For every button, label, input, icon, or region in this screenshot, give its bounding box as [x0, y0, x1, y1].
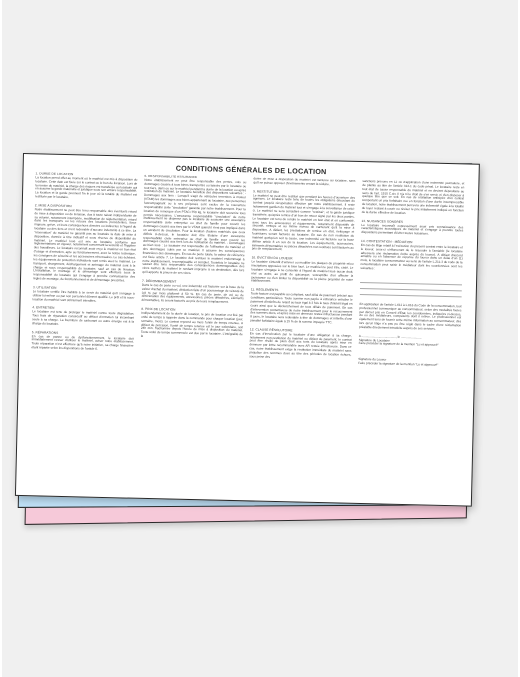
section-body: En cas d'inexécution par le locataire d'…	[249, 332, 352, 361]
section-reglements: 11. Règlements Toute facture est payable…	[250, 289, 353, 326]
mediator-blank-lines[interactable]	[360, 277, 462, 297]
section-body: Le locataire certifie être habilité à se…	[33, 290, 135, 304]
section-body: Le locataire s'interdit d'enlever ou mod…	[251, 261, 354, 286]
section-prix: 8. Prix de location Indépendamment de la…	[141, 308, 244, 341]
section-body: Notre établissement ne peut être respons…	[142, 179, 246, 277]
section-eviction: 10. Éviction du loueur Le locataire s'in…	[251, 257, 354, 286]
photo-background: CONDITIONS GÉNÉRALES DE LOCATION 1. Duré…	[2, 0, 518, 677]
column-4: sanctions prévues en 12 ou d'application…	[355, 180, 464, 499]
section-prix-continued: durée de mise à disposition du matériel …	[253, 177, 355, 187]
consumer-notice-text: En application de l'article L.611 à L.61…	[359, 303, 462, 332]
section-body: Notre établissement ne peut être tenu re…	[33, 208, 137, 283]
section-body: sanctions prévues en 12 ou d'application…	[362, 180, 465, 217]
section-nuisances: 13. Nuisances sonores Le locataire recon…	[361, 220, 463, 238]
section-mise-a-disposition: 2. Mise à disposition Notre établissemen…	[33, 204, 137, 283]
section-body: Le matériel ne peut être restitué que pe…	[252, 194, 355, 254]
column-2: 6. Responsabilité assurance Notre établi…	[137, 175, 246, 494]
section-contestation: 14. Contestation - Médiation En cas de l…	[360, 240, 463, 273]
section-body: La location prend effet au moment où le …	[35, 176, 138, 201]
section-responsabilite: 6. Responsabilité assurance Notre établi…	[142, 175, 246, 277]
blank-line	[360, 289, 462, 297]
section-body: En cas de panne ou de dysfonctionnement,…	[31, 335, 133, 353]
signature-block-tenant: A ......................................…	[359, 335, 461, 349]
consumer-notice: En application de l'article L.611 à L.61…	[359, 303, 462, 332]
section-entretien: 4. Entretien Le locataire est tenu de pr…	[32, 307, 134, 329]
form-sheet-top: CONDITIONS GÉNÉRALES DE LOCATION 1. Duré…	[15, 153, 480, 507]
section-body: Toute facture est payable au comptant, s…	[250, 293, 353, 326]
section-utilisation: 3. Utilisation Le locataire certifie êtr…	[33, 286, 135, 304]
section-body: En cas de litige relatif à l'exécution d…	[360, 244, 463, 273]
section-dedommagement: 7. Dédommagement Dans le cas de perte ou…	[141, 280, 244, 306]
section-body: Dans le cas de perte ou vol, une indemni…	[141, 284, 243, 306]
section-body: durée de mise à disposition du matériel …	[253, 177, 355, 187]
terms-columns: 1. Durée de location La location prend e…	[28, 172, 464, 499]
section-clause-continued: sanctions prévues en 12 ou d'application…	[362, 180, 465, 217]
column-1: 1. Durée de location La location prend e…	[28, 172, 137, 491]
section-body: Le locataire est tenu de protéger le mat…	[32, 311, 134, 329]
column-3: durée de mise à disposition du matériel …	[246, 177, 355, 496]
section-body: Indépendamment de la durée de location, …	[141, 312, 244, 341]
signature-block-lessor: Signature du Loueur Faire précéder la si…	[358, 358, 460, 368]
section-body: Le locataire reconnaît expressément avoi…	[361, 223, 463, 237]
section-restitution: 9. Restitution Le matériel ne peut être …	[252, 190, 355, 254]
section-reparations: 5. Réparations En cas de panne ou de dys…	[31, 331, 133, 353]
section-duree: 1. Durée de location La location prend e…	[35, 172, 138, 201]
section-clause-resolutoire: 12. Clause résolutoire En cas d'inexécut…	[249, 328, 352, 361]
